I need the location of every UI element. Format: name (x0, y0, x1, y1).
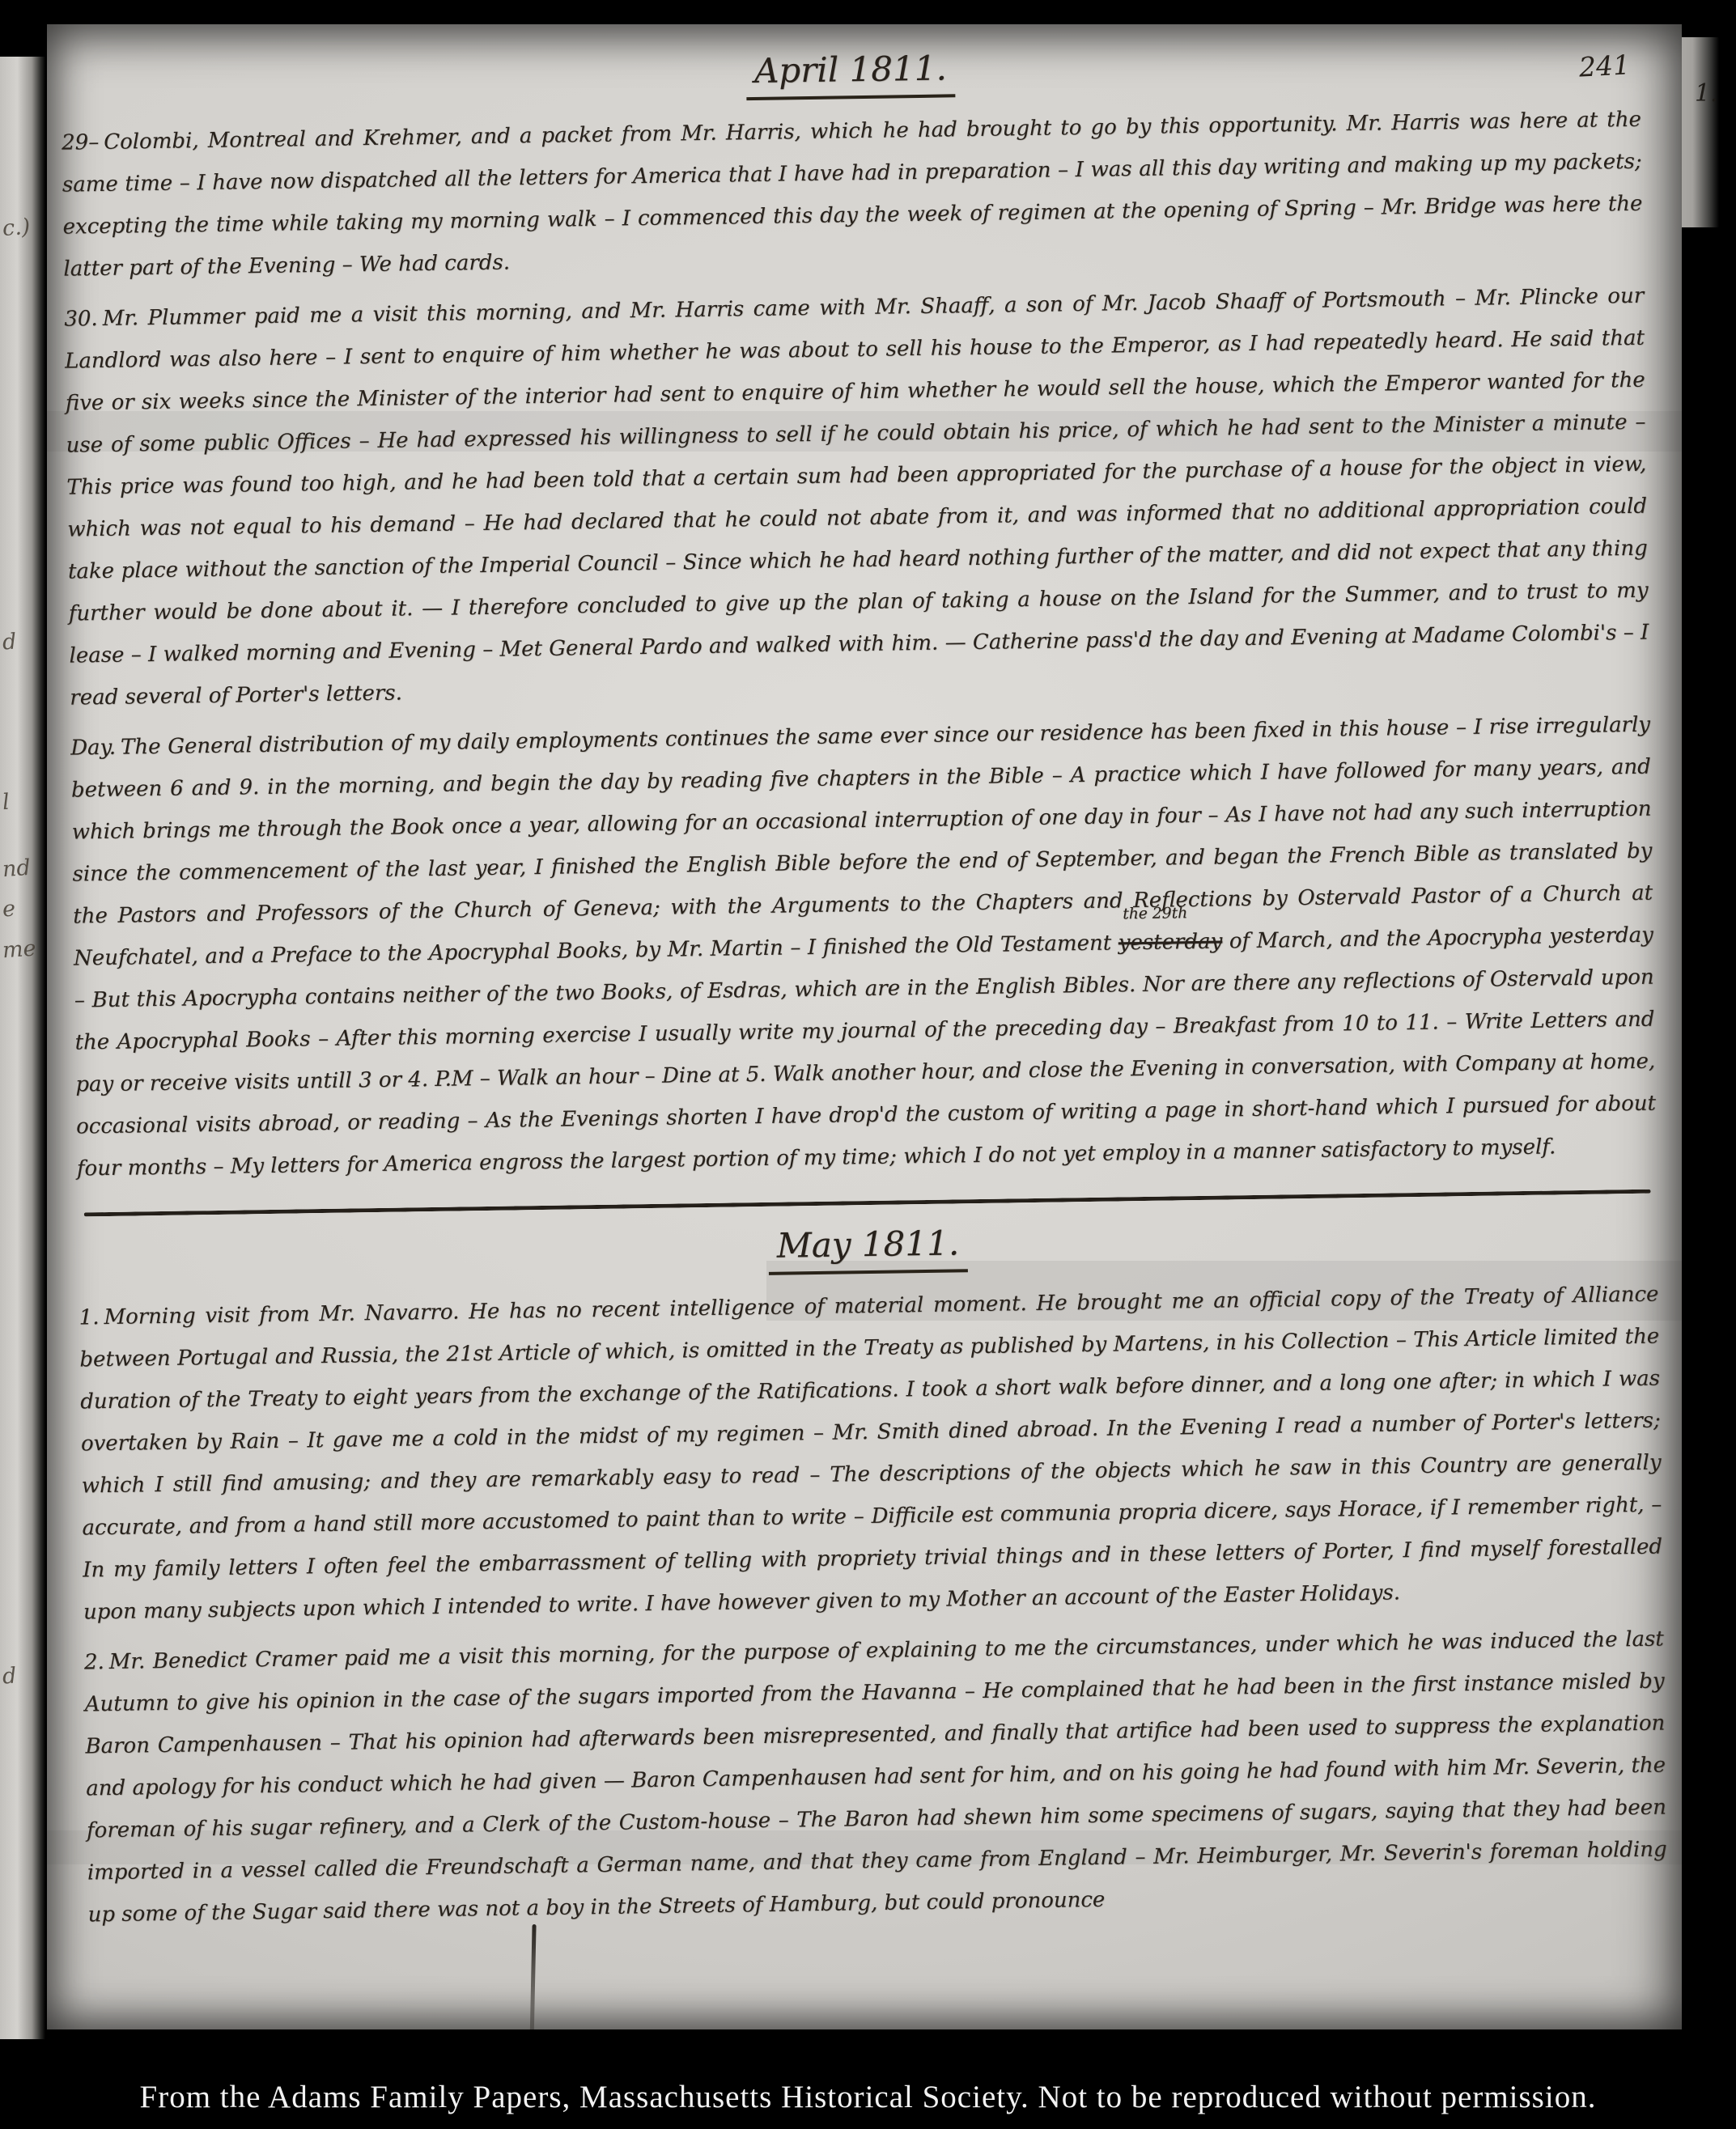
entry-date-label: 29– (62, 130, 104, 155)
entry-text: Morning visit from Mr. Navarro. He has n… (79, 1283, 1662, 1625)
diary-page: 241 April 1811. 29–Colombi, Montreal and… (47, 24, 1682, 2029)
struck-word: yesterday (1118, 930, 1223, 956)
entry-date-label: 2. (84, 1650, 109, 1674)
april-title-text: April 1811. (746, 45, 956, 100)
entry-date-label: Day. (70, 736, 121, 761)
manuscript-text: April 1811. 29–Colombi, Montreal and Kre… (60, 32, 1667, 1945)
section-may: May 1811. 1.Morning visit from Mr. Navar… (78, 1210, 1668, 1936)
handwriting-fragment: l (2, 790, 11, 816)
entry-text: Mr. Benedict Cramer paid me a visit this… (85, 1627, 1667, 1928)
ink-drip-mark (529, 1924, 536, 2029)
manuscript-correction: the 29thyesterday (1118, 921, 1222, 965)
diary-entry-april-29: 29–Colombi, Montreal and Krehmer, and a … (62, 99, 1644, 291)
handwriting-fragment: c.) (2, 214, 31, 241)
page-number: 241 (1578, 49, 1631, 83)
handwriting-fragment: 1. (1695, 79, 1718, 108)
archive-credit-text: From the Adams Family Papers, Massachuse… (140, 2079, 1597, 2115)
entry-date-label: 1. (79, 1305, 104, 1330)
diary-entry-april-30: 30.Mr. Plummer paid me a visit this morn… (64, 275, 1649, 719)
may-title-text: May 1811. (768, 1219, 967, 1275)
april-section-title: April 1811. (61, 35, 1641, 111)
entry-text: Colombi, Montreal and Krehmer, and a pac… (62, 108, 1643, 282)
inserted-word: the 29th (1123, 906, 1187, 922)
entry-date-label: 30. (64, 307, 103, 332)
may-section-title: May 1811. (78, 1210, 1658, 1286)
handwriting-fragment: e (2, 896, 16, 922)
facing-page-edge: c.) d l nd e me d (0, 57, 45, 2039)
section-april: April 1811. 29–Colombi, Montreal and Kre… (61, 35, 1657, 1190)
diary-entry-may-1: 1.Morning visit from Mr. Navarro. He has… (79, 1274, 1663, 1634)
handwriting-fragment: me (2, 936, 37, 964)
handwriting-fragment: nd (2, 855, 32, 882)
diary-entry-daily-routine: Day.The General distribution of my daily… (70, 704, 1657, 1190)
diary-entry-may-2: 2.Mr. Benedict Cramer paid me a visit th… (84, 1618, 1668, 1936)
handwriting-fragment: d (2, 1663, 17, 1689)
footer-credit-bar: From the Adams Family Papers, Massachuse… (0, 2064, 1736, 2129)
entry-text: Mr. Plummer paid me a visit this morning… (65, 284, 1649, 710)
handwriting-fragment: d (2, 629, 17, 655)
